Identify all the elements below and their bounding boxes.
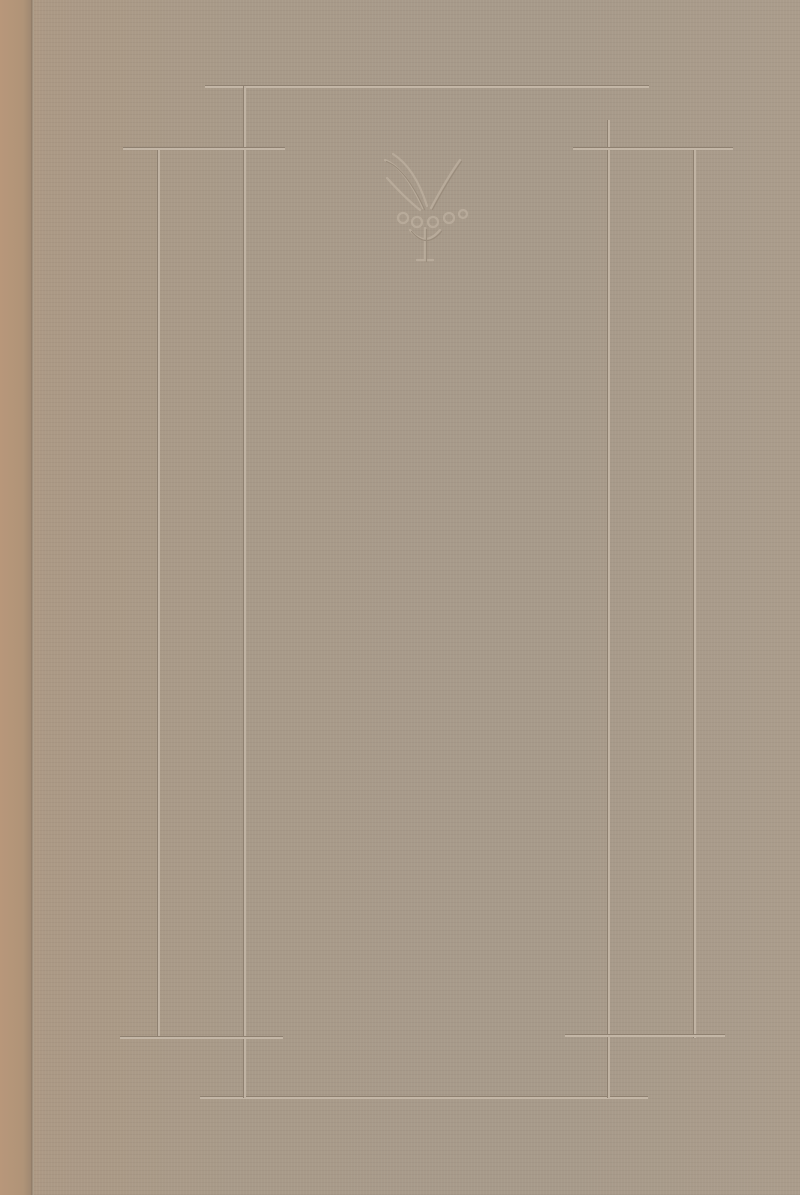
outer-right-rule [693,148,696,1038]
top-right-crossbar [573,147,733,150]
bottom-left-crossbar [120,1036,283,1039]
bottom-rule [200,1096,648,1099]
bottom-right-crossbar [565,1034,725,1037]
top-left-crossbar [123,147,285,150]
floral-emblem-icon [365,148,485,268]
book-spine [0,0,33,1195]
book-cover [0,0,800,1195]
spine-hinge [31,0,34,1195]
top-rule [205,85,649,88]
inner-right-rule [607,120,610,1098]
inner-left-rule [243,86,246,1098]
outer-left-rule [157,148,160,1038]
